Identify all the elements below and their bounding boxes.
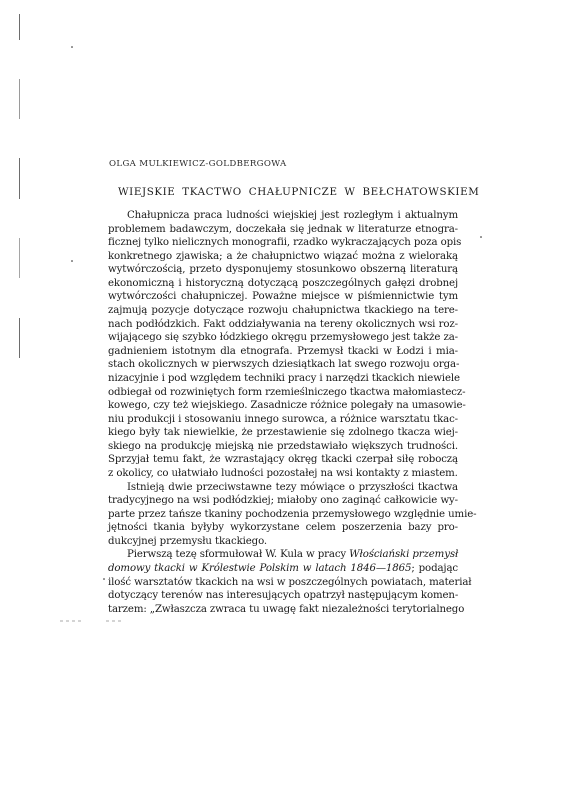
text-line: ekonomiczną i historyczną dotyczącą posz… [108,277,458,291]
margin-mark [19,14,20,40]
book-title-italic: Włościański przemysł [349,549,458,560]
text-line: z okolicy, co ułatwiało ludności pozosta… [108,467,458,481]
text-line: domowy tkacki w Królestwie Polskim w lat… [108,562,458,576]
text-segment: Pierwszą tezę sformułował W. Kula w prac… [127,549,349,560]
text-line: nach podłódzkich. Fakt oddziaływania na … [108,318,458,332]
text-line: wytwórczością, przeto dysponujemy stosun… [108,263,458,277]
scan-speck [480,236,482,238]
text-line: kowego, czy też wiejskiego. Zasadnicze r… [108,399,458,413]
book-title-italic: domowy tkacki w Królestwie Polskim w lat… [108,563,411,574]
text-line: dotyczący terenów nas interesujących opa… [108,589,458,603]
text-line: niu produkcji i stosowaniu innego surowc… [108,413,458,427]
text-line: ficznej tylko nielicznych monografii, rz… [108,236,458,250]
text-line: skiego na produkcję miejską nie przedsta… [108,440,458,454]
text-line: odbiegał od rozwiniętych form rzemieślni… [108,386,458,400]
text-line: stach okolicznych w pierwszych dziesiątk… [108,358,458,372]
text-line: ilość warsztatów tkackich na wsi w poszc… [108,576,458,590]
scan-speck [71,46,73,48]
text-line: Istnieją dwie przeciwstawne tezy mówiące… [108,481,458,495]
text-line: kiego były tak niewielkie, że przestawie… [108,426,458,440]
text-line: tradycyjnego na wsi podłódzkiej; miałoby… [108,494,458,508]
text-line: parte przez tańsze tkaniny pochodzenia p… [108,508,458,522]
margin-mark [19,79,20,119]
text-line: nizacyjnie i pod względem techniki pracy… [108,372,458,386]
text-line: wytwórczości chałupniczej. Poważne miejs… [108,290,458,304]
author-name: OLGA MULKIEWICZ-GOLDBERGOWA [109,159,287,169]
text-line: dukcyjnej przemysłu tkackiego. [108,535,458,549]
text-segment: ; podając [411,563,458,574]
margin-mark [19,238,20,278]
text-line: konkretnego zjawiska; a że chałupnictwo … [108,250,458,264]
scan-artifact [106,620,124,622]
text-line: gadnieniem istotnym dla etnografa. Przem… [108,345,458,359]
scan-speck [71,260,73,262]
article-body: Chałupnicza praca ludności wiejskiej jes… [108,209,458,616]
text-line: Chałupnicza praca ludności wiejskiej jes… [108,209,458,223]
margin-mark [19,318,20,358]
margin-mark [19,158,20,199]
text-line: jętności tkania byłyby wykorzystane cele… [108,521,458,535]
scan-artifact [60,620,84,622]
article-title: WIEJSKIE TKACTWO CHAŁUPNICZE W BEŁCHATOW… [118,186,458,198]
text-line: wijającego się szybko łódzkiego okręgu p… [108,331,458,345]
text-line: problemem badawczym, doczekała się jedna… [108,223,458,237]
scan-speck [103,578,105,580]
text-line: zajmują pozycje dotyczące rozwoju chałup… [108,304,458,318]
text-line: Pierwszą tezę sformułował W. Kula w prac… [108,548,458,562]
text-line: Sprzyjał temu fakt, że wzrastający okręg… [108,453,458,467]
text-line: tarzem: „Zwłaszcza zwraca tu uwagę fakt … [108,603,458,617]
